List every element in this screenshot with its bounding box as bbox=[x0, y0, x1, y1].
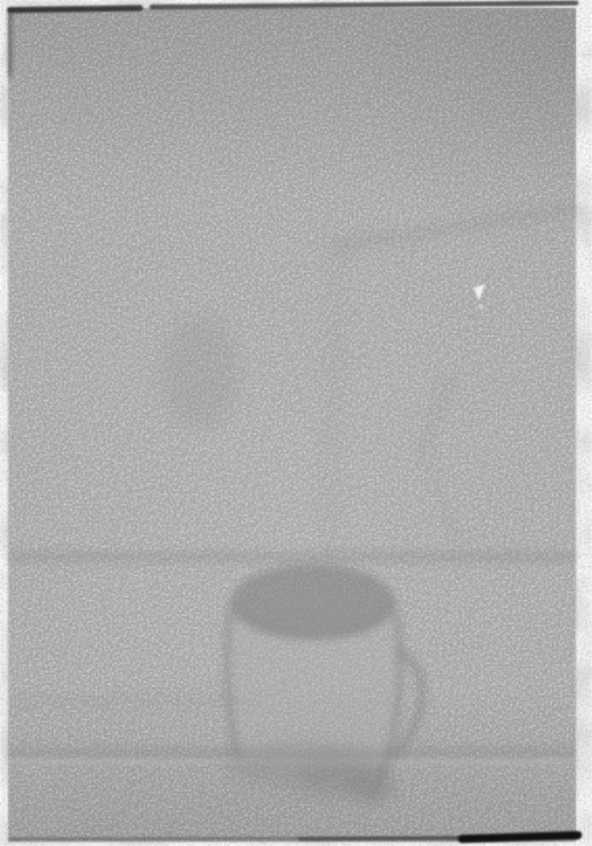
top-border-left-segment bbox=[10, 8, 140, 10]
scanned-page bbox=[0, 0, 592, 846]
photo-frame bbox=[0, 0, 592, 846]
white-speck-dot bbox=[479, 305, 484, 310]
mug-handle-bottom-shadow bbox=[346, 772, 398, 804]
mug bbox=[222, 564, 422, 804]
photograph bbox=[0, 0, 592, 846]
table-edge-band-upper bbox=[8, 551, 576, 563]
left-blob bbox=[160, 314, 240, 430]
bottom-border-black-segment bbox=[462, 835, 578, 839]
table-edge-band-left bbox=[8, 695, 258, 705]
